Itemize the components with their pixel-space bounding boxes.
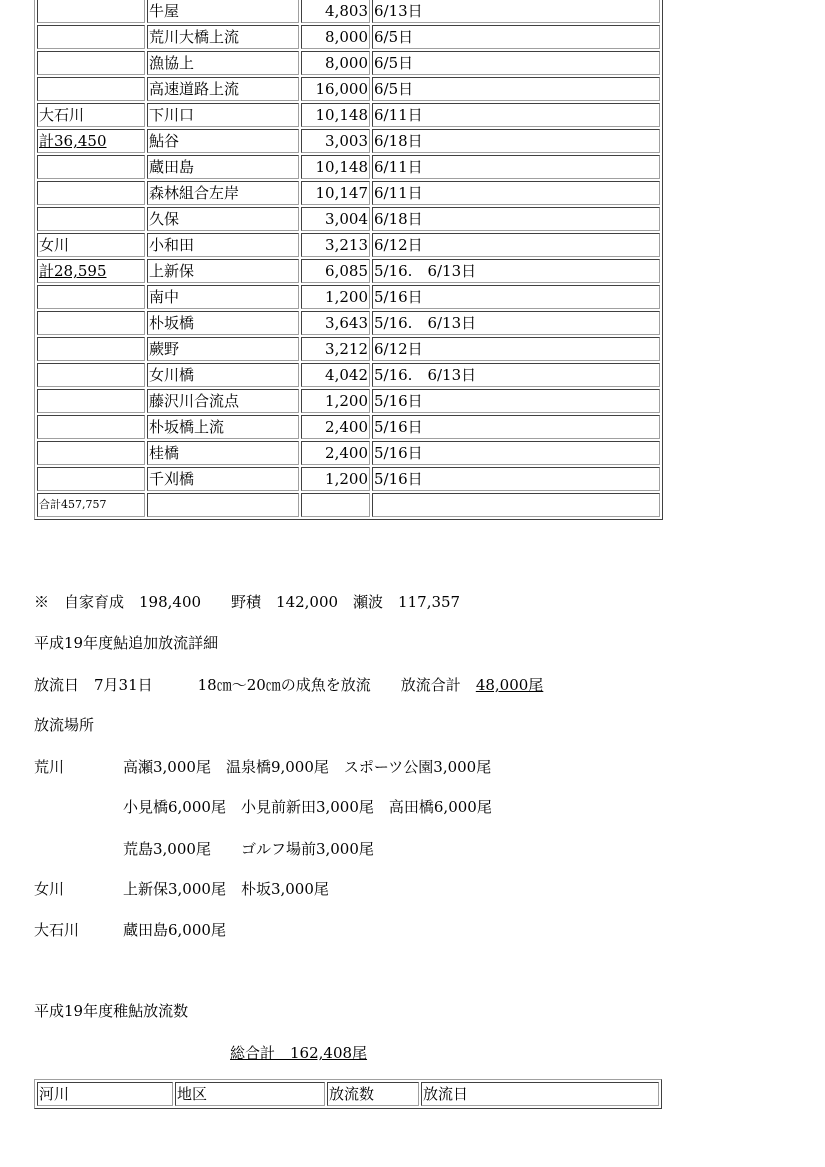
count-cell: 10,148 xyxy=(301,103,370,127)
release-table-body: 牛屋4,8036/13日荒川大橋上流8,0006/5日漁協上8,0006/5日高… xyxy=(37,0,660,517)
river-cell xyxy=(37,467,145,491)
river-cell xyxy=(37,441,145,465)
table-row: 南中1,2005/16日 xyxy=(37,285,660,309)
additional-release-date-line: 放流日 7月31日 18㎝～20㎝の成魚を放流 放流合計 48,000尾 xyxy=(34,675,543,695)
count-cell: 4,042 xyxy=(301,363,370,387)
count-cell: 8,000 xyxy=(301,25,370,49)
date-cell: 6/12日 xyxy=(372,233,660,257)
area-cell: 荒川大橋上流 xyxy=(147,25,299,49)
additional-release-title: 平成19年度鮎追加放流詳細 xyxy=(34,633,218,653)
area-cell: 久保 xyxy=(147,207,299,231)
river-cell xyxy=(37,363,145,387)
table-row: 計28,595上新保6,0855/16. 6/13日 xyxy=(37,259,660,283)
count-cell: 2,400 xyxy=(301,415,370,439)
table-row: 漁協上8,0006/5日 xyxy=(37,51,660,75)
area-cell: 高速道路上流 xyxy=(147,77,299,101)
count-cell: 10,148 xyxy=(301,155,370,179)
date-cell: 6/5日 xyxy=(372,25,660,49)
count-cell: 3,004 xyxy=(301,207,370,231)
hatchery-note: ※ 自家育成 198,400 野積 142,000 瀬波 117,357 xyxy=(34,592,460,612)
date-cell: 5/16日 xyxy=(372,285,660,309)
header-river: 河川 xyxy=(37,1082,173,1106)
river-cell xyxy=(37,155,145,179)
total-date-cell xyxy=(372,493,660,517)
date-cell: 6/5日 xyxy=(372,77,660,101)
header-count: 放流数 xyxy=(327,1082,419,1106)
count-cell: 3,643 xyxy=(301,311,370,335)
date-cell: 5/16日 xyxy=(372,441,660,465)
river-cell xyxy=(37,311,145,335)
area-cell: 朴坂橋 xyxy=(147,311,299,335)
total-row: 合計457,757 xyxy=(37,493,660,517)
place-text-1: 小見橋6,000尾 小見前新田3,000尾 高田橋6,000尾 xyxy=(123,797,492,817)
date-cell: 6/5日 xyxy=(372,51,660,75)
river-cell xyxy=(37,389,145,413)
table-row: 藤沢川合流点1,2005/16日 xyxy=(37,389,660,413)
area-cell: 南中 xyxy=(147,285,299,309)
date-cell: 5/16. 6/13日 xyxy=(372,259,660,283)
river-cell xyxy=(37,207,145,231)
place-river-0: 荒川 xyxy=(34,757,64,777)
river-cell xyxy=(37,0,145,23)
river-cell xyxy=(37,337,145,361)
table-row: 久保3,0046/18日 xyxy=(37,207,660,231)
release-table: 牛屋4,8036/13日荒川大橋上流8,0006/5日漁協上8,0006/5日高… xyxy=(34,0,663,520)
total-count-cell xyxy=(301,493,370,517)
table-row: 女川橋4,0425/16. 6/13日 xyxy=(37,363,660,387)
table-row: 桂橋2,4005/16日 xyxy=(37,441,660,465)
count-cell: 3,003 xyxy=(301,129,370,153)
area-cell: 女川橋 xyxy=(147,363,299,387)
date-cell: 6/11日 xyxy=(372,103,660,127)
river-cell: 大石川 xyxy=(37,103,145,127)
place-text-2: 荒島3,000尾 ゴルフ場前3,000尾 xyxy=(123,839,374,859)
header-date: 放流日 xyxy=(421,1082,659,1106)
area-cell: 小和田 xyxy=(147,233,299,257)
area-cell: 牛屋 xyxy=(147,0,299,23)
fry-grand-total: 総合計 162,408尾 xyxy=(230,1043,367,1063)
total-river-cell: 合計457,757 xyxy=(37,493,145,517)
river-cell xyxy=(37,285,145,309)
count-cell: 4,803 xyxy=(301,0,370,23)
area-cell: 蔵田島 xyxy=(147,155,299,179)
date-cell: 5/16日 xyxy=(372,467,660,491)
count-cell: 16,000 xyxy=(301,77,370,101)
table-row: 荒川大橋上流8,0006/5日 xyxy=(37,25,660,49)
area-cell: 上新保 xyxy=(147,259,299,283)
date-cell: 6/11日 xyxy=(372,181,660,205)
table-row: 牛屋4,8036/13日 xyxy=(37,0,660,23)
date-cell: 5/16日 xyxy=(372,389,660,413)
river-cell: 計28,595 xyxy=(37,259,145,283)
date-cell: 5/16. 6/13日 xyxy=(372,363,660,387)
area-cell: 下川口 xyxy=(147,103,299,127)
river-cell: 計36,450 xyxy=(37,129,145,153)
date-cell: 6/18日 xyxy=(372,207,660,231)
place-text-3: 上新保3,000尾 朴坂3,000尾 xyxy=(123,879,329,899)
area-cell: 鮎谷 xyxy=(147,129,299,153)
date-cell: 6/12日 xyxy=(372,337,660,361)
table-row: 計36,450鮎谷3,0036/18日 xyxy=(37,129,660,153)
count-cell: 6,085 xyxy=(301,259,370,283)
fry-release-table: 河川 地区 放流数 放流日 xyxy=(34,1079,662,1109)
place-river-3: 女川 xyxy=(34,879,64,899)
place-text-0: 高瀬3,000尾 温泉橋9,000尾 スポーツ公園3,000尾 xyxy=(123,757,491,777)
date-cell: 6/18日 xyxy=(372,129,660,153)
area-cell: 漁協上 xyxy=(147,51,299,75)
table-row: 千刈橋1,2005/16日 xyxy=(37,467,660,491)
count-cell: 1,200 xyxy=(301,285,370,309)
table-row: 朴坂橋3,6435/16. 6/13日 xyxy=(37,311,660,335)
place-river-4: 大石川 xyxy=(34,920,79,940)
river-cell xyxy=(37,77,145,101)
area-cell: 桂橋 xyxy=(147,441,299,465)
area-cell: 藤沢川合流点 xyxy=(147,389,299,413)
count-cell: 2,400 xyxy=(301,441,370,465)
table-row: 森林組合左岸10,1476/11日 xyxy=(37,181,660,205)
release-places-heading: 放流場所 xyxy=(34,715,94,735)
count-cell: 1,200 xyxy=(301,389,370,413)
fry-release-title: 平成19年度稚鮎放流数 xyxy=(34,1001,188,1021)
count-cell: 3,213 xyxy=(301,233,370,257)
table-row: 女川小和田3,2136/12日 xyxy=(37,233,660,257)
date-cell: 5/16. 6/13日 xyxy=(372,311,660,335)
river-cell xyxy=(37,25,145,49)
table-row: 大石川下川口10,1486/11日 xyxy=(37,103,660,127)
area-cell: 蕨野 xyxy=(147,337,299,361)
river-cell xyxy=(37,181,145,205)
area-cell: 森林組合左岸 xyxy=(147,181,299,205)
count-cell: 8,000 xyxy=(301,51,370,75)
count-cell: 3,212 xyxy=(301,337,370,361)
total-area-cell xyxy=(147,493,299,517)
count-cell: 1,200 xyxy=(301,467,370,491)
place-text-4: 蔵田島6,000尾 xyxy=(123,920,226,940)
date-cell: 6/11日 xyxy=(372,155,660,179)
fry-table-header-row: 河川 地区 放流数 放流日 xyxy=(37,1082,659,1106)
table-row: 朴坂橋上流2,4005/16日 xyxy=(37,415,660,439)
river-cell xyxy=(37,51,145,75)
table-row: 蕨野3,2126/12日 xyxy=(37,337,660,361)
area-cell: 朴坂橋上流 xyxy=(147,415,299,439)
count-cell: 10,147 xyxy=(301,181,370,205)
header-area: 地区 xyxy=(175,1082,325,1106)
river-cell: 女川 xyxy=(37,233,145,257)
release-date-text: 放流日 7月31日 18㎝～20㎝の成魚を放流 放流合計 xyxy=(34,676,476,694)
date-cell: 5/16日 xyxy=(372,415,660,439)
river-cell xyxy=(37,415,145,439)
table-row: 高速道路上流16,0006/5日 xyxy=(37,77,660,101)
date-cell: 6/13日 xyxy=(372,0,660,23)
release-total: 48,000尾 xyxy=(476,676,544,694)
table-row: 蔵田島10,1486/11日 xyxy=(37,155,660,179)
area-cell: 千刈橋 xyxy=(147,467,299,491)
